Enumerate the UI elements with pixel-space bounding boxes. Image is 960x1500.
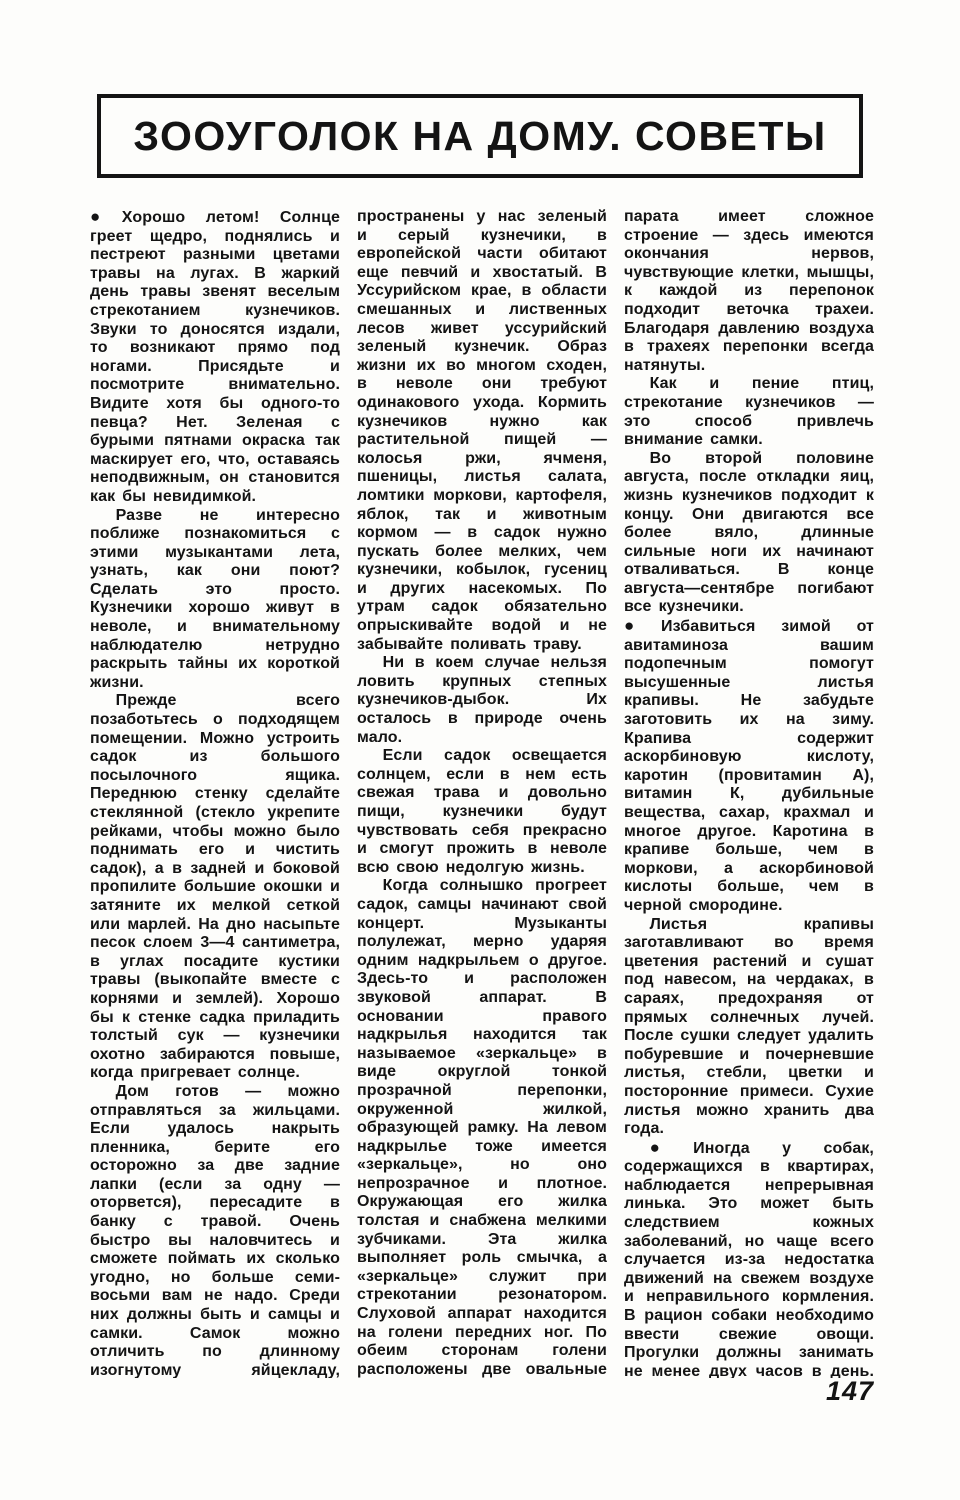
paragraph-text: Листья крапивы заготавливают во время цв…	[624, 916, 874, 1138]
paragraph-text: Как и пение птиц, стрекотание кузнечиков…	[624, 375, 874, 448]
paragraph-text: Во второй половине августа, после отклад…	[624, 450, 874, 616]
bullet-icon: ●	[650, 1138, 686, 1157]
column-1: ●Хорошо летом! Солнце греет щедро, подня…	[90, 208, 340, 1378]
bullet-icon: ●	[624, 616, 653, 635]
page-title: ЗООУГОЛОК НА ДОМУ. СОВЕТЫ	[133, 113, 826, 160]
paragraph-text: Прежде всего позаботьтесь о подходящем п…	[90, 692, 340, 1081]
paragraph: Дом готов — можно отправляться за жильца…	[90, 1083, 340, 1378]
paragraph: ●Хорошо летом! Солнце греет щедро, подня…	[90, 208, 340, 507]
paragraph: Когда солнышко прогреет садок, самцы нач…	[357, 877, 607, 1378]
paragraph: Ни в коем случае нельзя ловить крупных с…	[357, 654, 607, 747]
paragraph: Как и пение птиц, стрекотание кузнечиков…	[624, 375, 874, 449]
paragraph-text: Если садок освещается солнцем, если в не…	[357, 747, 607, 876]
paragraph: ●Иногда у собак, содержащихся в квартира…	[624, 1139, 874, 1378]
paragraph-text: Иногда у собак, содержащихся в квартирах…	[624, 1140, 874, 1378]
paragraph: Разве не интересно поближе познакомиться…	[90, 507, 340, 693]
paragraph-text: Хорошо летом! Солнце греет щедро, поднял…	[90, 209, 340, 505]
paragraph-text: Избавиться зимой от авитаминоза вашим по…	[624, 618, 874, 914]
page-number: 147	[826, 1376, 874, 1407]
column-2: пространены у нас зеленый и серый кузнеч…	[357, 208, 607, 1378]
paragraph-text: Дом готов — можно отправляться за жильца…	[90, 1083, 340, 1378]
paragraph-text: пространены у нас зеленый и серый кузнеч…	[357, 208, 607, 653]
magazine-page: ЗООУГОЛОК НА ДОМУ. СОВЕТЫ ●Хорошо летом!…	[0, 0, 960, 1500]
paragraph: Листья крапивы заготавливают во время цв…	[624, 916, 874, 1139]
bullet-icon: ●	[90, 208, 114, 226]
paragraph-text: Когда солнышко прогреет садок, самцы нач…	[357, 877, 607, 1378]
title-box: ЗООУГОЛОК НА ДОМУ. СОВЕТЫ	[97, 94, 863, 178]
paragraph-text: парата имеет сложное строение — здесь им…	[624, 208, 874, 374]
paragraph: Во второй половине августа, после отклад…	[624, 450, 874, 617]
text-columns: ●Хорошо летом! Солнце греет щедро, подня…	[90, 208, 874, 1378]
paragraph-text: Ни в коем случае нельзя ловить крупных с…	[357, 654, 607, 745]
column-3: парата имеет сложное строение — здесь им…	[624, 208, 874, 1378]
paragraph: Если садок освещается солнцем, если в не…	[357, 747, 607, 877]
paragraph-text: Разве не интересно поближе познакомиться…	[90, 507, 340, 691]
paragraph: ●Избавиться зимой от авитаминоза вашим п…	[624, 617, 874, 916]
paragraph: пространены у нас зеленый и серый кузнеч…	[357, 208, 607, 654]
paragraph: Прежде всего позаботьтесь о подходящем п…	[90, 692, 340, 1082]
paragraph: парата имеет сложное строение — здесь им…	[624, 208, 874, 375]
